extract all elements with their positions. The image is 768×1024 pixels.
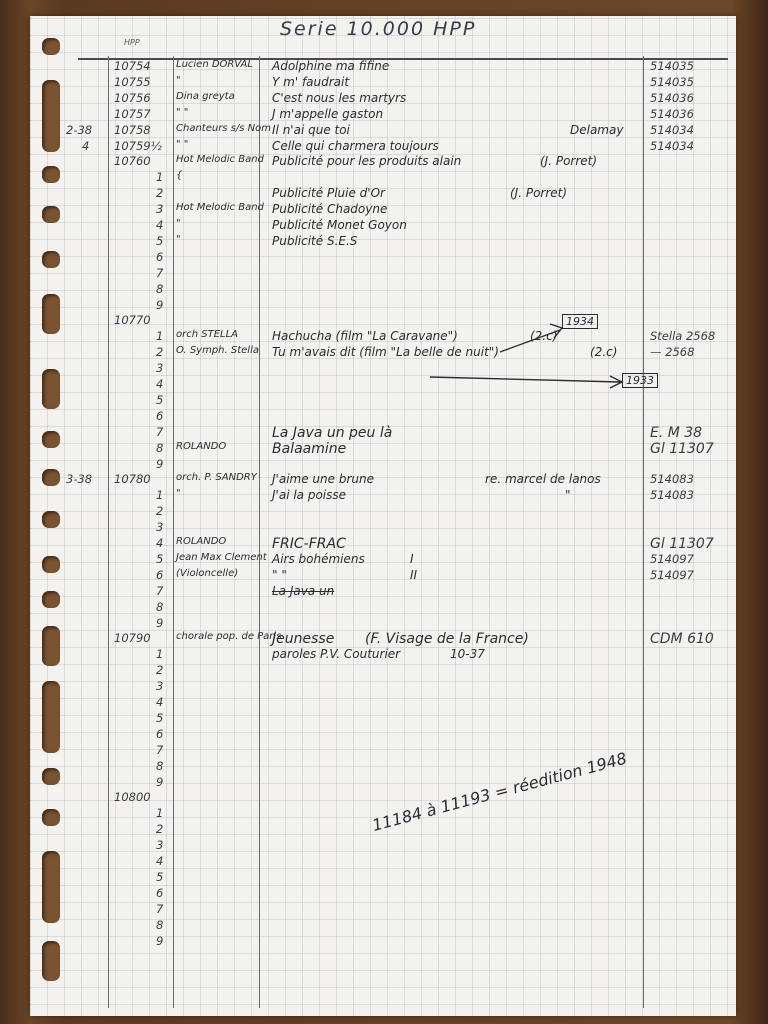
entry-number: 10800 <box>114 790 151 804</box>
entry-number: 10760 <box>114 154 151 168</box>
entry-number: 10755 <box>114 75 151 89</box>
entry-number: 2 <box>156 345 163 359</box>
entry-number: 9 <box>156 457 163 471</box>
margin-date: 3-38 <box>66 472 92 486</box>
entry-catalog-ref: Gl 11307 <box>650 536 714 552</box>
entry-catalog-ref: 514035 <box>650 75 694 89</box>
entry-artist: Hot Melodic Band <box>176 202 264 213</box>
entry-number: 2 <box>156 186 163 200</box>
entry-number: 10770 <box>114 313 151 327</box>
entry-number: 10790 <box>114 631 151 645</box>
binder-hole <box>42 206 60 223</box>
entry-number: 5 <box>156 393 163 407</box>
entry-number: 8 <box>156 600 163 614</box>
entry-number: 9 <box>156 616 163 630</box>
entry-note: (2.c) <box>530 329 557 343</box>
entry-number: 10758 <box>114 123 151 137</box>
entry-title: Y m' faudrait <box>272 75 349 89</box>
entry-title: Balaamine <box>272 441 346 457</box>
entry-catalog-ref: Gl 11307 <box>650 441 714 457</box>
entry-title: La Java un peu là <box>272 425 392 441</box>
entry-title: J'ai la poisse <box>272 488 346 502</box>
entry-title: Airs bohémiens <box>272 552 365 566</box>
entry-artist: " <box>176 488 181 499</box>
entry-catalog-ref: 514083 <box>650 488 694 502</box>
entry-number: 6 <box>156 886 163 900</box>
binder-hole <box>42 591 60 608</box>
entry-title: Publicité Monet Goyon <box>272 218 407 232</box>
entry-artist: " " <box>176 107 188 118</box>
entry-note: (J. Porret) <box>510 186 567 200</box>
binder-hole <box>42 431 60 448</box>
entry-catalog-ref: 514083 <box>650 472 694 486</box>
binder-hole <box>42 294 60 334</box>
year-box-1933: 1933 <box>622 373 658 388</box>
entry-number: 4 <box>156 536 163 550</box>
entry-number: 2 <box>156 822 163 836</box>
entry-title: paroles P.V. Couturier <box>272 647 400 661</box>
entry-artist: orch. P. SANDRY <box>176 472 257 483</box>
binder-hole <box>42 556 60 573</box>
entry-number: 3 <box>156 361 163 375</box>
entry-number: 2 <box>156 663 163 677</box>
entry-note: re. marcel de lanos <box>485 472 601 486</box>
entry-number: 7 <box>156 266 163 280</box>
entry-number: 4 <box>156 377 163 391</box>
entry-number: 6 <box>156 568 163 582</box>
entry-note: (2.c) <box>590 345 617 359</box>
entry-catalog-ref: 514036 <box>650 107 694 121</box>
entry-catalog-ref: 514035 <box>650 59 694 73</box>
entry-number: 1 <box>156 647 163 661</box>
entry-number: 3 <box>156 520 163 534</box>
footer-note: 11184 à 11193 = réedition 1948 <box>370 749 629 835</box>
entry-title: J'aime une brune <box>272 472 374 486</box>
entry-catalog-ref: 514034 <box>650 139 694 153</box>
entry-note: (F. Visage de la France) <box>365 631 529 647</box>
column-divider <box>259 56 260 1008</box>
entry-number: 9 <box>156 775 163 789</box>
entry-number: 10754 <box>114 59 151 73</box>
entry-number: 1 <box>156 329 163 343</box>
entry-number: 10757 <box>114 107 151 121</box>
entry-number: 7 <box>156 743 163 757</box>
binder-hole <box>42 681 60 753</box>
entry-note: " <box>565 488 571 502</box>
entry-title: FRIC-FRAC <box>272 536 346 552</box>
entry-catalog-ref: 514036 <box>650 91 694 105</box>
binder-hole <box>42 166 60 183</box>
entry-catalog-ref: 514034 <box>650 123 694 137</box>
entry-catalog-ref: Stella 2568 <box>650 329 715 343</box>
entry-artist: chorale pop. de Paris <box>176 631 281 642</box>
entry-title: La Java un <box>272 584 334 598</box>
column-divider <box>643 56 644 1008</box>
entry-number: 8 <box>156 441 163 455</box>
entry-title: C'est nous les martyrs <box>272 91 406 105</box>
entry-title: Publicité pour les produits alain <box>272 154 461 168</box>
entry-title: Jeunesse <box>272 631 334 647</box>
entry-title: Hachucha (film "La Caravane") <box>272 329 458 343</box>
entry-number: 7 <box>156 584 163 598</box>
binder-hole <box>42 38 60 55</box>
column-divider <box>108 56 109 1008</box>
entry-number: 9 <box>156 934 163 948</box>
entry-number: 7 <box>156 425 163 439</box>
entry-number: 10780 <box>114 472 151 486</box>
binder-hole <box>42 768 60 785</box>
margin-date: 2-38 <box>66 123 92 137</box>
binder-hole <box>42 626 60 666</box>
entry-note: 10-37 <box>450 647 485 661</box>
entry-number: 3 <box>156 679 163 693</box>
year-box-1934: 1934 <box>562 314 598 329</box>
entry-artist: Chanteurs s/s Nom <box>176 123 271 134</box>
entry-artist: Jean Max Clement <box>176 552 267 563</box>
column-header-hpp: HPP <box>124 38 140 47</box>
entry-number: 1 <box>156 488 163 502</box>
entry-note: I <box>410 552 414 566</box>
entry-number: 8 <box>156 918 163 932</box>
entry-number: 10759½ <box>114 139 162 153</box>
entry-catalog-ref: CDM 610 <box>650 631 714 647</box>
binder-hole <box>42 511 60 528</box>
entry-catalog-ref: — 2568 <box>650 345 694 359</box>
entry-catalog-ref: 514097 <box>650 552 694 566</box>
entry-number: 6 <box>156 250 163 264</box>
entry-number: 5 <box>156 552 163 566</box>
ledger-sheet: Serie 10.000 HPP HPP 2-3843-38 10754Luci… <box>30 16 736 1016</box>
entry-title: Publicité Chadoyne <box>272 202 387 216</box>
entry-number: 5 <box>156 870 163 884</box>
entry-number: 10756 <box>114 91 151 105</box>
entry-artist: " <box>176 75 181 86</box>
entry-artist: Dina greyta <box>176 91 235 102</box>
entry-number: 8 <box>156 759 163 773</box>
entry-number: 9 <box>156 298 163 312</box>
entry-number: 4 <box>156 854 163 868</box>
entry-number: 4 <box>156 695 163 709</box>
entry-number: 7 <box>156 902 163 916</box>
entry-artist: Hot Melodic Band <box>176 154 264 165</box>
entry-catalog-ref: 514097 <box>650 568 694 582</box>
binder-hole <box>42 851 60 923</box>
entry-note: Delamay <box>570 123 623 137</box>
wood-edge <box>732 0 768 1024</box>
entry-note: II <box>410 568 417 582</box>
binder-hole <box>42 469 60 486</box>
entry-artist: O. Symph. Stella <box>176 345 259 356</box>
entry-number: 3 <box>156 202 163 216</box>
entry-title: Publicité Pluie d'Or <box>272 186 385 200</box>
entry-note: (J. Porret) <box>540 154 597 168</box>
binder-hole <box>42 809 60 826</box>
entry-artist: { <box>176 170 182 181</box>
entry-artist: " <box>176 218 181 229</box>
entry-number: 6 <box>156 409 163 423</box>
entry-number: 1 <box>156 170 163 184</box>
entry-number: 1 <box>156 806 163 820</box>
binder-hole <box>42 80 60 152</box>
entry-title: Adolphine ma fifine <box>272 59 389 73</box>
entry-number: 8 <box>156 282 163 296</box>
entry-title: Publicité S.E.S <box>272 234 357 248</box>
entry-number: 5 <box>156 711 163 725</box>
margin-date: 4 <box>82 139 89 153</box>
entry-title: Celle qui charmera toujours <box>272 139 439 153</box>
entry-number: 5 <box>156 234 163 248</box>
binder-hole <box>42 369 60 409</box>
entry-number: 6 <box>156 727 163 741</box>
entry-title: Tu m'avais dit (film "La belle de nuit") <box>272 345 499 359</box>
entry-artist: (Violoncelle) <box>176 568 238 579</box>
entry-artist: orch STELLA <box>176 329 238 340</box>
entry-artist: ROLANDO <box>176 536 226 547</box>
binder-hole <box>42 941 60 981</box>
entry-artist: " " <box>176 139 188 150</box>
page-title: Serie 10.000 HPP <box>280 18 476 40</box>
entry-number: 2 <box>156 504 163 518</box>
entry-number: 4 <box>156 218 163 232</box>
entry-title: " " <box>272 568 287 582</box>
entry-artist: " <box>176 234 181 245</box>
entry-catalog-ref: E. M 38 <box>650 425 702 441</box>
entry-title: Il n'ai que toi <box>272 123 350 137</box>
binder-hole <box>42 251 60 268</box>
entry-artist: Lucien DORVAL <box>176 59 253 70</box>
entry-artist: ROLANDO <box>176 441 226 452</box>
entry-number: 3 <box>156 838 163 852</box>
column-divider <box>173 56 174 1008</box>
entry-title: J m'appelle gaston <box>272 107 383 121</box>
